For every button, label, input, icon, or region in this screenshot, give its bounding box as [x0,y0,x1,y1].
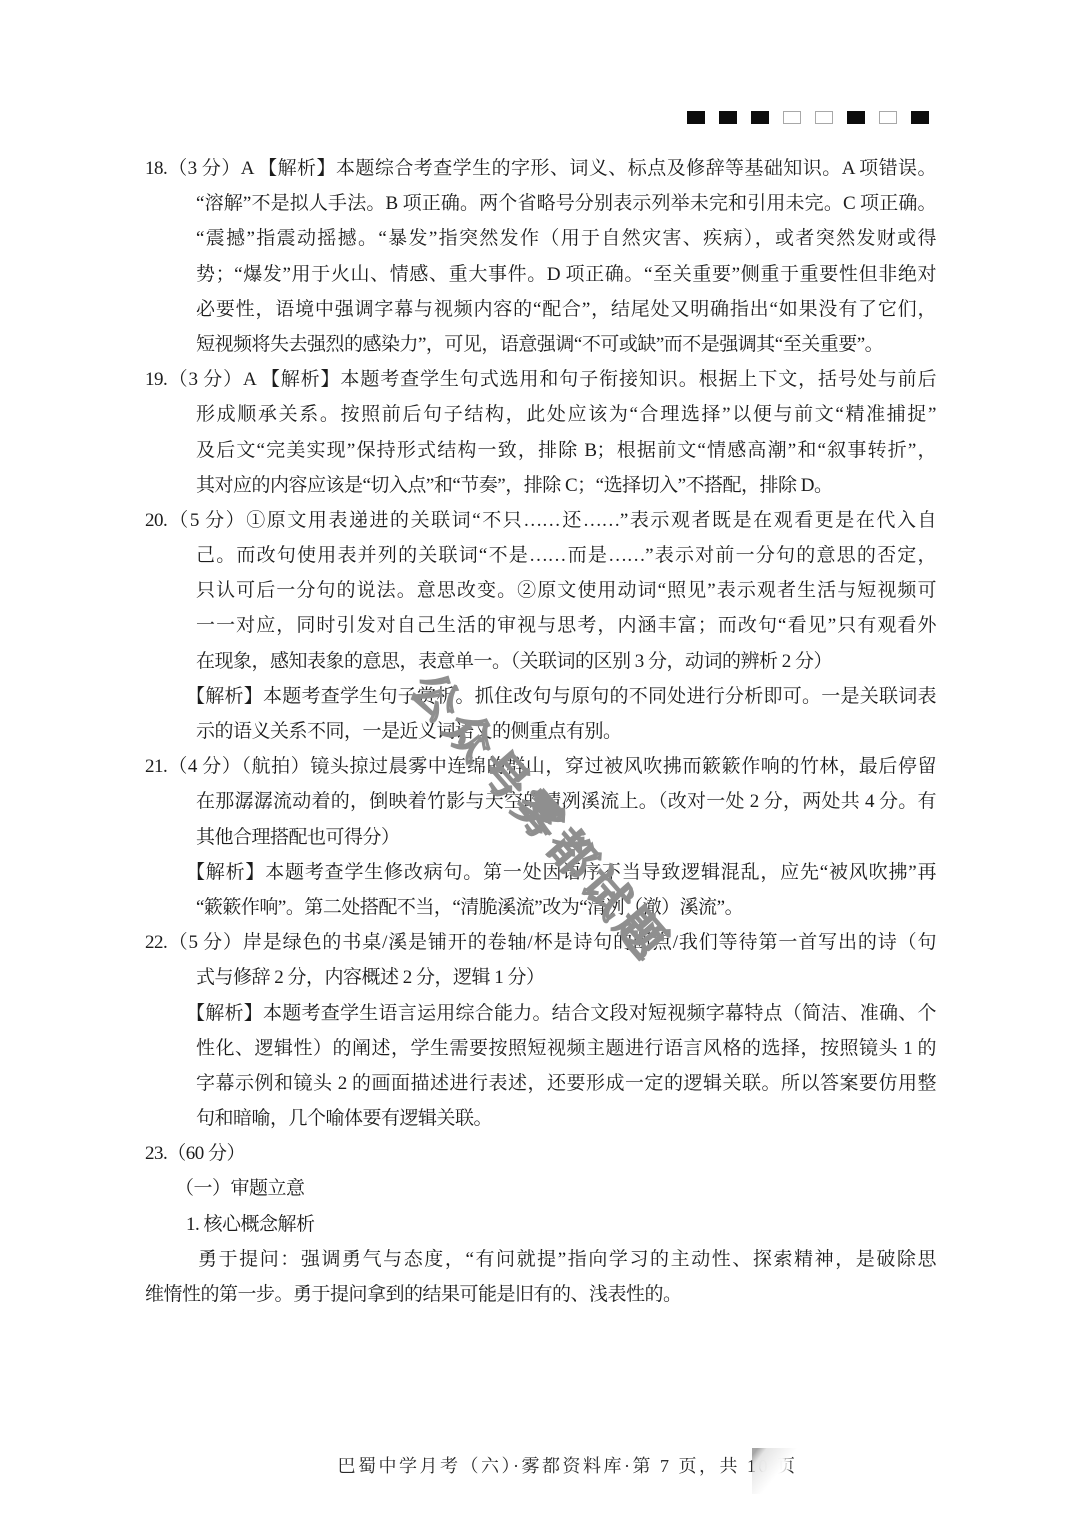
filled-square-mark [847,111,865,124]
answer-line: 短视频将失去强烈的感染力”，可见，语意强调“不可或缺”而不是强调其“至关重要”。 [0,327,936,362]
answer-line: 在那潺潺流动着的，倒映着竹影与天空的清冽溪流上。（改对一处 2 分，两处共 4 … [0,784,936,819]
answer-item-19: 19.（3 分）A 【解析】本题考查学生句式选用和句子衔接知识。根据上下文，括号… [0,362,936,503]
registration-marks [687,111,929,124]
answer-line: 只认可后一分句的说法。意思改变。②原文使用动词“照见”表示观者生活与短视频可 [0,573,936,608]
answer-line: 维惰性的第一步。勇于提问拿到的结果可能是旧有的、浅表性的。 [0,1277,936,1312]
answer-line: “溶解”不是拟人手法。B 项正确。两个省略号分别表示列举未完和引用未完。C 项正… [0,186,936,221]
answer-line: “簌簌作响”。第二处搭配不当，“清脆溪流”改为“清冽（澈）溪流”。 [0,890,936,925]
answer-line: 式与修辞 2 分，内容概述 2 分，逻辑 1 分） [0,960,936,995]
answer-line: 20.（5 分）①原文用表递进的关联词“不只……还……”表示观者既是在观看更是在… [0,503,936,538]
answer-item-22: 22.（5 分）岸是绿色的书桌/溪是铺开的卷轴/杯是诗句的断点/我们等待第一首写… [0,925,936,1136]
filled-square-mark [751,111,769,124]
document-page: 18.（3 分）A 【解析】本题综合考查学生的字形、词义、标点及修辞等基础知识。… [0,0,1080,1528]
answer-line: 22.（5 分）岸是绿色的书桌/溪是铺开的卷轴/杯是诗句的断点/我们等待第一首写… [0,925,936,960]
answer-line: 句和暗喻，几个喻体要有逻辑关联。 [0,1101,936,1136]
answer-line: 形成顺承关系。按照前后句子结构，此处应该为“合理选择”以便与前文“精准捕捉” [0,397,936,432]
answer-line: 及后文“完美实现”保持形式结构一致，排除 B；根据前文“情感高潮”和“叙事转折”… [0,433,936,468]
answer-line: 19.（3 分）A 【解析】本题考查学生句式选用和句子衔接知识。根据上下文，括号… [0,362,936,397]
answer-item-21: 21.（4 分）（航拍）镜头掠过晨雾中连绵的群山，穿过被风吹拂而簌簌作响的竹林，… [0,749,936,925]
answer-content: 18.（3 分）A 【解析】本题综合考查学生的字形、词义、标点及修辞等基础知识。… [0,151,936,1312]
answer-line: 一一对应，同时引发对自己生活的审视与思考，内涵丰富；而改句“看见”只有观看外 [0,608,936,643]
answer-line: 18.（3 分）A 【解析】本题综合考查学生的字形、词义、标点及修辞等基础知识。… [0,151,936,186]
answer-line: “震撼”指震动摇撼。“暴发”指突然发作（用于自然灾害、疾病），或者突然发财或得 [0,221,936,256]
filled-square-mark [719,111,737,124]
page-footer: 巴蜀中学月考（六）·雾都资料库·第 7 页，共 10 页 [0,1452,1080,1478]
answer-line: 己。而改句使用表并列的关联词“不是……而是……”表示对前一分句的意思的否定， [0,538,936,573]
answer-item-20: 20.（5 分）①原文用表递进的关联词“不只……还……”表示观者既是在观看更是在… [0,503,936,749]
answer-line: 【解析】本题考查学生语言运用综合能力。结合文段对短视频字幕特点（简洁、准确、个 [0,996,936,1031]
answer-line: 其他合理搭配也可得分） [0,820,936,855]
filled-square-mark [687,111,705,124]
answer-line: 其对应的内容应该是“切入点”和“节奏”，排除 C；“选择切入”不搭配，排除 D。 [0,468,936,503]
answer-item-23: 23.（60 分）（一）审题立意1. 核心概念解析勇于提问：强调勇气与态度，“有… [0,1136,936,1312]
answer-line: 必要性，语境中强调字幕与视频内容的“配合”，结尾处又明确指出“如果没有了它们， [0,292,936,327]
filled-square-mark [911,111,929,124]
answer-line: 【解析】本题考查学生修改病句。第一处因语序不当导致逻辑混乱，应先“被风吹拂”再 [0,855,936,890]
answer-line: 在现象，感知表象的意思，表意单一。（关联词的区别 3 分，动词的辨析 2 分） [0,644,936,679]
answer-line: 势；“爆发”用于火山、情感、重大事件。D 项正确。“至关重要”侧重于重要性但非绝… [0,257,936,292]
empty-square-mark [783,111,801,124]
answer-line: 23.（60 分） [0,1136,936,1171]
answer-line: （一）审题立意 [0,1171,936,1206]
empty-square-mark [879,111,897,124]
answer-line: 性化、逻辑性）的阐述，学生需要按照短视频主题进行语言风格的选择，按照镜头 1 的 [0,1031,936,1066]
answer-line: 示的语义关系不同，一是近义词语义的侧重点有别。 [0,714,936,749]
answer-line: 21.（4 分）（航拍）镜头掠过晨雾中连绵的群山，穿过被风吹拂而簌簌作响的竹林，… [0,749,936,784]
answer-line: 【解析】本题考查学生句子赏析。抓住改句与原句的不同处进行分析即可。一是关联词表 [0,679,936,714]
empty-square-mark [815,111,833,124]
answer-line: 1. 核心概念解析 [0,1207,936,1242]
answer-line: 字幕示例和镜头 2 的画面描述进行表述，还要形成一定的逻辑关联。所以答案要仿用整 [0,1066,936,1101]
answer-item-18: 18.（3 分）A 【解析】本题综合考查学生的字形、词义、标点及修辞等基础知识。… [0,151,936,362]
answer-line: 勇于提问：强调勇气与态度，“有问就提”指向学习的主动性、探索精神，是破除思 [0,1242,936,1277]
